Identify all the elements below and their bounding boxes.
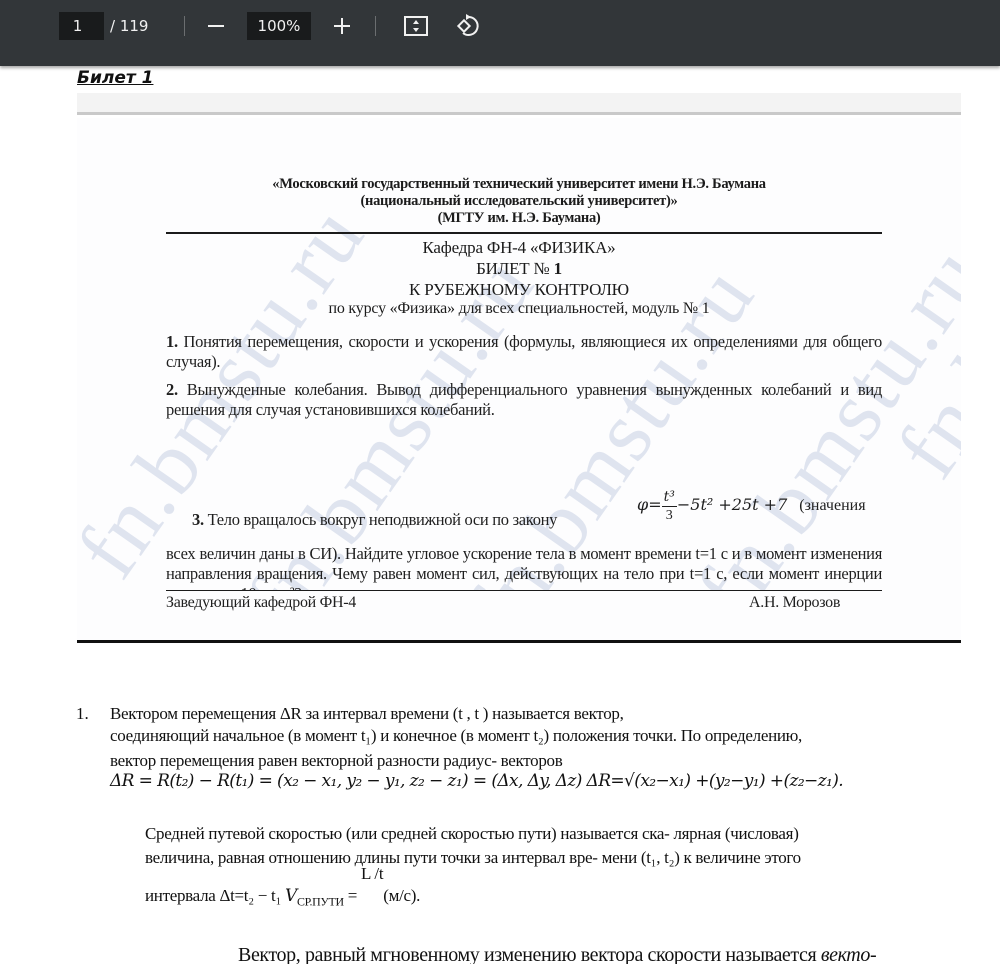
plus-icon (333, 17, 351, 35)
answer-item-number: 1. (76, 704, 89, 724)
page-number-input[interactable]: 1 (59, 12, 104, 40)
zoom-level-input[interactable]: 100% (247, 12, 311, 40)
question-number: 3. (192, 510, 204, 529)
question-2: 2. Вынужденные колебания. Вывод дифферен… (166, 380, 882, 420)
control-title: К РУБЕЖНОМУ КОНТРОЛЮ (77, 280, 961, 300)
formula-rest: −5t² +25t +7 (677, 495, 787, 514)
header-rule (166, 232, 882, 234)
image-bottom-border (77, 640, 961, 643)
answer-line-2: соединяющий начальное (в момент t₁) и ко… (110, 726, 802, 746)
velocity-subscript: СР.ПУТИ (297, 894, 344, 908)
ticket-number: 1 (554, 259, 562, 278)
interval-text: интервала Δt=t₂ − t₁ (145, 886, 285, 905)
question-text: Вынужденные колебания. Вывод дифференциа… (166, 380, 882, 419)
ticket-title: БИЛЕТ № 1 (77, 259, 961, 279)
ticket-heading: Билет 1 (77, 68, 153, 88)
question-1: 1. Понятия перемещения, скорости и ускор… (166, 332, 882, 372)
average-speed-line-3: интервала Δt=t₂ − t₁ VСР.ПУТИ = L /t(м/с… (145, 886, 420, 909)
acceleration-text: Вектор, равный мгновенному изменению век… (238, 944, 821, 964)
answer-line-3: вектор перемещения равен векторной разно… (110, 751, 562, 771)
university-name-line2: (национальный исследовательский универси… (77, 193, 961, 210)
toolbar-divider (375, 16, 376, 36)
fit-to-page-button[interactable] (402, 12, 430, 40)
ticket-content: «Московский государственный технический … (77, 118, 961, 644)
question-number: 2. (166, 380, 178, 399)
toolbar-controls: 1 / 119 100% (0, 12, 520, 40)
page-total: / 119 (110, 12, 148, 40)
formula-lhs: φ= (637, 495, 662, 514)
speed-units: (м/с). (383, 886, 420, 905)
university-short-name: (МГТУ им. Н.Э. Баумана) (77, 210, 961, 227)
answer-line-1: Вектором перемещения ΔR за интервал врем… (110, 704, 624, 724)
signature-rule (166, 590, 882, 591)
question-text: Понятия перемещения, скорости и ускорени… (166, 332, 882, 371)
pdf-toolbar: 1 / 119 100% (0, 0, 1000, 66)
department-name: Кафедра ФН-4 «ФИЗИКА» (77, 238, 961, 258)
acceleration-italic-term: векто- (821, 944, 876, 964)
rotate-counterclockwise-icon (455, 13, 481, 39)
average-speed-line-1: Средней путевой скоростью (или средней с… (145, 824, 799, 844)
fraction-denominator: 3 (662, 507, 677, 525)
image-border-band (77, 93, 961, 115)
acceleration-definition-start: Вектор, равный мгновенному изменению век… (238, 944, 876, 964)
question-text: Тело вращалось вокруг неподвижной оси по… (204, 510, 557, 529)
zoom-out-button[interactable] (202, 12, 230, 40)
velocity-symbol: V (285, 886, 297, 906)
fraction-numerator: t³ (662, 488, 677, 507)
displacement-formula: ΔR = R(t₂) − R(t₁) = (x₂ − x₁, y₂ − y₁, … (110, 771, 843, 791)
pdf-page: Билет 1 fn.bmstu.ru fn.bmstu.ru fn.bmstu… (0, 66, 1000, 964)
course-line: по курсу «Физика» для всех специальносте… (77, 300, 961, 318)
ticket-label: БИЛЕТ № (476, 259, 553, 278)
equals-sign: = (344, 886, 361, 905)
zoom-in-button[interactable] (328, 12, 356, 40)
scanned-ticket-footer: Заведующий кафедрой ФН-4 А.Н. Морозов (77, 590, 961, 644)
toolbar-divider (184, 16, 185, 36)
average-speed-line-2: величина, равная отношению длины пути то… (145, 848, 801, 868)
formula-fraction: t³3 (662, 488, 677, 525)
head-of-department-name: А.Н. Морозов (749, 594, 840, 612)
scanned-ticket-image: fn.bmstu.ru fn.bmstu.ru fn.bmstu.ru fn.b… (77, 118, 961, 644)
path-over-time-fraction: L /t (361, 864, 383, 883)
question-3-first-line: 3. Тело вращалось вокруг неподвижной оси… (192, 510, 557, 530)
rotation-law-formula: φ=t³3−5t² +25t +7 (значения (637, 488, 866, 525)
minus-icon (207, 17, 225, 35)
rotate-button[interactable] (454, 12, 482, 40)
question-number: 1. (166, 332, 178, 351)
fit-to-page-icon (403, 15, 429, 37)
formula-trailing-text: (значения (799, 497, 865, 514)
head-of-department-label: Заведующий кафедрой ФН-4 (166, 594, 356, 612)
university-name-line1: «Московский государственный технический … (77, 176, 961, 193)
